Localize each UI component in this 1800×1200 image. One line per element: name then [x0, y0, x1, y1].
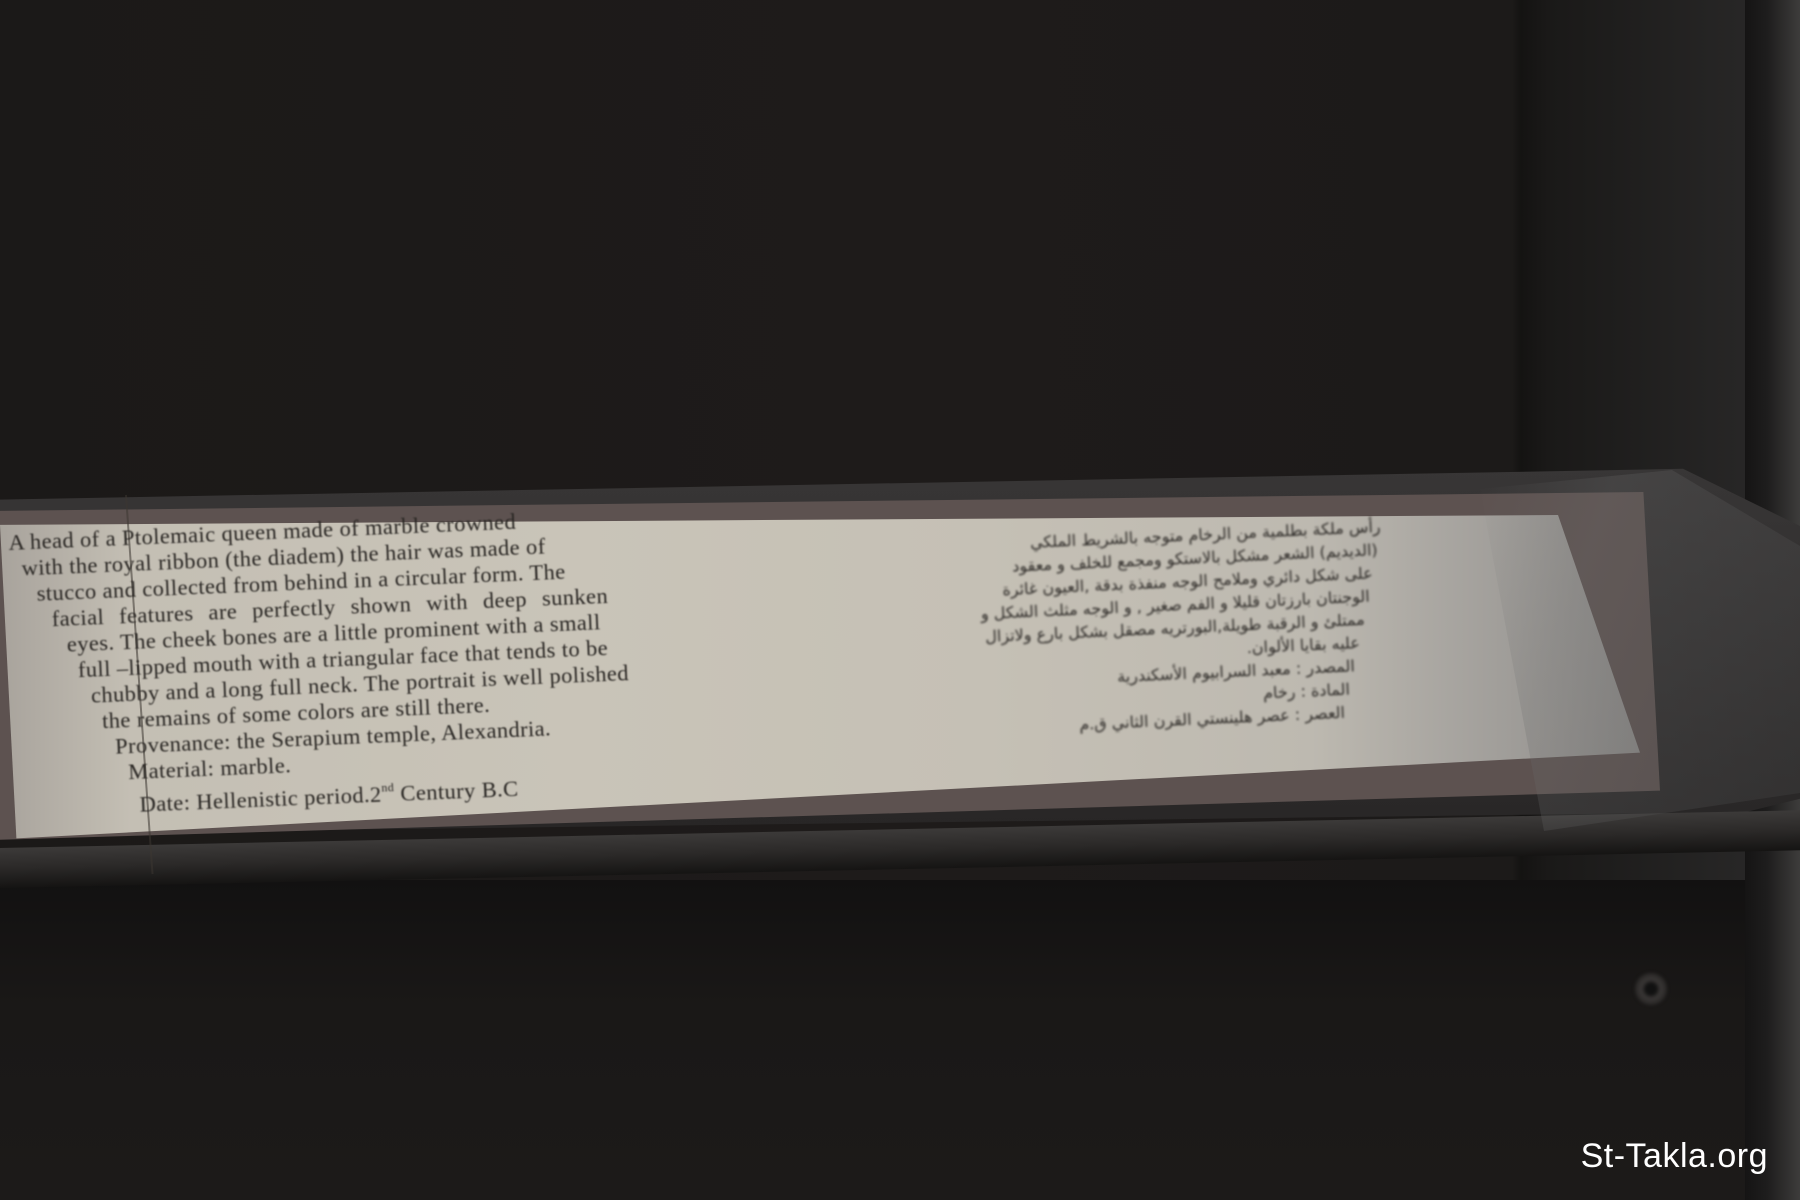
display-case-lower-panel [0, 880, 1745, 1200]
arabic-description: رأس ملكة بطلمية من الرخام متوجه بالشريط … [821, 515, 1390, 747]
watermark: St-Takla.org [1581, 1137, 1768, 1176]
english-description: A head of a Ptolemaic queen made of marb… [8, 494, 870, 822]
screw-icon [1635, 973, 1667, 1005]
museum-scene: A head of a Ptolemaic queen made of marb… [0, 0, 1800, 1200]
date-suffix: Century B.C [394, 776, 519, 806]
date-superscript: nd [381, 780, 394, 795]
